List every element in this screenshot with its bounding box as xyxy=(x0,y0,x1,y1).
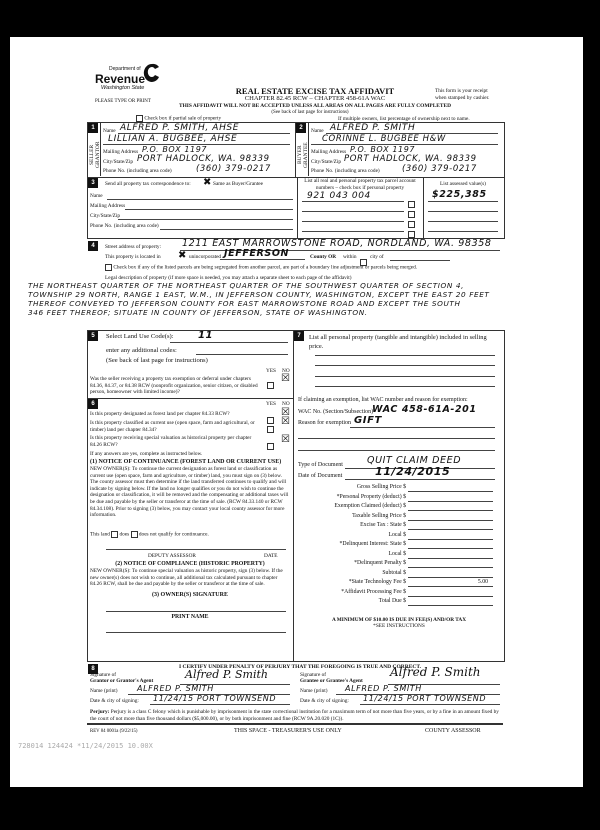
buyer-mailing-field[interactable]: P.O. BOX 1197 xyxy=(350,145,415,154)
exemption-no-checkbox-checked[interactable]: ☒ xyxy=(281,374,290,384)
yes-header: YES xyxy=(266,368,276,375)
exemption-question: Was the seller receiving a property tax … xyxy=(90,376,260,396)
historic-yes-checkbox[interactable] xyxy=(267,443,274,450)
field-underline xyxy=(350,427,495,428)
print-name-label: PRINT NAME xyxy=(90,614,290,620)
dor-logo-icon xyxy=(143,63,161,83)
exemption-claimed-field[interactable] xyxy=(408,510,493,511)
completion-warning: THIS AFFIDAVIT WILL NOT BE ACCEPTED UNLE… xyxy=(110,103,520,109)
assessed-value-1[interactable]: $225,385 xyxy=(432,189,487,200)
exemption-claim-label: If claiming an exemption, list WAC numbe… xyxy=(298,397,468,403)
additional-codes-label: enter any additional codes: xyxy=(106,347,177,354)
legal-description-line-2[interactable]: TOWNSHIP 29 NORTH, RANGE 1 EAST, W.M., I… xyxy=(28,290,489,299)
does-not-label: does not xyxy=(139,532,157,538)
buyer-side-label: BUYER GRANTEE xyxy=(297,135,307,175)
reason-label: Reason for exemption xyxy=(298,420,351,426)
historic-no-checkbox-checked[interactable]: ☒ xyxy=(281,435,290,445)
subtotal-label: Subtotal $ xyxy=(300,570,406,576)
correspondence-label: Send all property tax correspondence to: xyxy=(105,181,191,188)
seller-phone-field[interactable]: (360) 379-0217 xyxy=(196,164,271,174)
seller-mailing-field[interactable]: P.O. BOX 1197 xyxy=(142,145,207,154)
field-underline xyxy=(360,704,500,705)
corr-phone-field[interactable] xyxy=(160,229,293,230)
forest-land-question: Is this property designated as forest la… xyxy=(90,411,260,418)
excise-tax-local-label: Local $ xyxy=(300,532,406,538)
legal-description-line-1[interactable]: THE NORTHEAST QUARTER OF THE NORTHEAST Q… xyxy=(28,281,464,290)
field-underline xyxy=(302,201,404,202)
see-instructions-note: *SEE INSTRUCTIONS xyxy=(295,623,503,629)
divider xyxy=(87,398,294,399)
personal-property-line-3[interactable] xyxy=(315,376,495,377)
personal-property-line-4[interactable] xyxy=(315,386,495,387)
land-use-see-back: (See back of last page for instructions) xyxy=(106,357,208,364)
buyer-name-2-field[interactable]: CORINNE L. BUGBEE H&W xyxy=(322,134,446,144)
if-yes-instruction: If any answers are yes, complete as inst… xyxy=(90,451,202,458)
reason-field[interactable]: GIFT xyxy=(354,415,382,426)
personal-property-line-2[interactable] xyxy=(315,365,495,366)
field-underline xyxy=(170,342,288,343)
personal-property-line-1[interactable] xyxy=(315,355,495,356)
divider xyxy=(308,123,309,176)
segregated-checkbox[interactable] xyxy=(105,264,112,271)
current-use-yes-checkbox[interactable] xyxy=(267,426,274,433)
section-1-badge: 1 xyxy=(88,123,98,133)
grantee-name-field[interactable]: ALFRED P. SMITH xyxy=(345,684,422,693)
seller-name-2-field[interactable]: LILLIAN A. BUGBEE, AHSE xyxy=(108,134,237,144)
partial-sale-label: Check box if partial sale of property xyxy=(144,116,221,122)
state-technology-fee-value: 5.00 xyxy=(408,579,488,585)
perjury-notice: Perjury: Perjury is a class C felony whi… xyxy=(90,709,502,722)
section-5-badge: 5 xyxy=(88,331,98,341)
delinquent-penalty-field[interactable] xyxy=(408,567,493,568)
seller-name-1-field[interactable]: ALFRED P. SMITH, AHSE xyxy=(120,123,239,133)
buyer-mailing-label: Mailing Address xyxy=(311,149,346,156)
city-of-label: city of xyxy=(370,254,384,261)
total-due-field[interactable] xyxy=(408,605,493,606)
parcel-number-3[interactable] xyxy=(302,221,404,222)
owner-signature-title: (3) OWNER(S) SIGNATURE xyxy=(90,592,290,598)
buyer-phone-label: Phone No. (including area code) xyxy=(311,168,380,175)
grantor-signature-field[interactable]: Alfred P. Smith xyxy=(185,668,268,681)
treasurer-use-label: THIS SPACE - TREASURER'S USE ONLY xyxy=(234,728,342,734)
corr-phone-label: Phone No. (including area code) xyxy=(90,223,159,230)
parcel-header: List all real and personal property tax … xyxy=(300,178,420,191)
field-underline xyxy=(220,259,305,260)
divider xyxy=(87,724,503,725)
delinquent-penalty-label: *Delinquent Penalty $ xyxy=(300,560,406,566)
land-use-code-field[interactable]: 11 xyxy=(198,330,213,341)
legal-description-line-3[interactable]: THEREOF CONVEYED TO JEFFERSON COUNTY FOR… xyxy=(28,299,461,308)
total-due-label: Total Due $ xyxy=(300,598,406,604)
assessed-value-3[interactable] xyxy=(428,221,498,222)
buyer-name-1-field[interactable]: ALFRED P. SMITH xyxy=(330,123,415,133)
taxable-selling-price-field[interactable] xyxy=(408,520,493,521)
divider xyxy=(293,330,294,661)
grantor-name-label: Name (print) xyxy=(90,688,118,695)
seller-city-field[interactable]: PORT HADLOCK, WA. 98339 xyxy=(137,154,270,164)
personal-property-label: List all personal property (tangible and… xyxy=(309,333,494,351)
street-label: Street address of property: xyxy=(105,244,161,251)
same-as-buyer-checkbox-checked[interactable]: ✖ xyxy=(203,178,211,188)
corr-name-label: Name xyxy=(90,193,103,200)
current-use-no-checkbox-checked[interactable]: ☒ xyxy=(281,417,290,427)
field-underline xyxy=(428,201,498,202)
corr-mailing-field[interactable] xyxy=(125,209,293,210)
assessed-value-4[interactable] xyxy=(428,231,498,232)
delinquent-interest-local-field[interactable] xyxy=(408,558,493,559)
assessed-header: List assessed value(s) xyxy=(424,181,502,188)
buyer-city-label: City/State/Zip xyxy=(311,159,341,166)
legal-description-line-4[interactable]: 346 FEET THEREOF; SITUATE IN COUNTY OF J… xyxy=(28,308,368,317)
section-6-badge: 6 xyxy=(88,399,98,409)
yes-header: YES xyxy=(266,401,276,408)
exemption-yes-checkbox[interactable] xyxy=(267,382,274,389)
deputy-assessor-signature-field[interactable] xyxy=(106,549,286,550)
perjury-text: Perjury is a class C felony which is pun… xyxy=(90,709,499,722)
located-in-label: This property is located in xyxy=(105,254,161,261)
form-subtitle: CHAPTER 82.45 RCW – CHAPTER 458-61A WAC xyxy=(170,95,460,102)
excise-tax-local-field[interactable] xyxy=(408,539,493,540)
exemption-claimed-label: Exemption Claimed (deduct) $ xyxy=(300,503,406,509)
print-name-field[interactable] xyxy=(106,632,286,633)
doc-date-label: Date of Document xyxy=(298,473,342,479)
continuance-row: This land does does not qualify for cont… xyxy=(90,531,209,538)
logo-text-revenue: Revenue xyxy=(95,72,145,86)
deputy-assessor-label: DEPUTY ASSESSOR xyxy=(148,553,196,560)
parcel-number-1[interactable]: 921 043 004 xyxy=(307,191,371,201)
parcel-number-2[interactable] xyxy=(302,211,404,212)
grantee-date-label: Date & city of signing: xyxy=(300,698,349,705)
does-label: does xyxy=(120,532,130,538)
wac-number-field[interactable]: WAC 458-61A-201 xyxy=(372,404,477,415)
affidavit-processing-fee-field[interactable] xyxy=(408,596,493,597)
same-as-buyer-label: Same as Buyer/Grantee xyxy=(213,181,263,188)
perjury-title: Perjury: xyxy=(90,709,109,715)
does-checkbox[interactable] xyxy=(111,531,118,538)
excise-tax-state-label: Excise Tax : State $ xyxy=(300,522,406,528)
assessor-date-label: DATE xyxy=(264,553,278,560)
grantor-name-field[interactable]: ALFRED P. SMITH xyxy=(137,684,214,693)
divider xyxy=(297,177,298,238)
within-label: within xyxy=(343,254,357,261)
notice-compliance-title: (2) NOTICE OF COMPLIANCE (HISTORIC PROPE… xyxy=(90,561,290,567)
grantee-signature-field[interactable]: Alfred P. Smith xyxy=(390,665,481,679)
section-7-badge: 7 xyxy=(294,331,304,341)
corr-city-label: City/State/Zip xyxy=(90,213,120,220)
grantor-date-field[interactable]: 11/24/15 PORT TOWNSEND xyxy=(153,694,276,703)
seller-side-label: SELLER GRANTOR xyxy=(89,135,99,175)
segregated-label: Check box if any of the listed parcels a… xyxy=(113,265,417,271)
does-not-checkbox[interactable] xyxy=(131,531,138,538)
seller-mailing-label: Mailing Address xyxy=(103,149,138,156)
delinquent-interest-state-field[interactable] xyxy=(408,548,493,549)
grantee-date-field[interactable]: 11/24/15 PORT TOWNSEND xyxy=(363,694,486,703)
affidavit-processing-fee-label: *Affidavit Processing Fee $ xyxy=(300,589,406,595)
seller-phone-label: Phone No. (including area code) xyxy=(103,168,172,175)
notice-continuance-text: NEW OWNER(S): To continue the current de… xyxy=(90,466,290,519)
field-underline xyxy=(345,479,495,480)
unincorporated-label: unincorporated xyxy=(189,254,221,261)
county-or-label: County OR xyxy=(310,254,336,261)
taxable-selling-price-label: Taxable Selling Price $ xyxy=(300,513,406,519)
notice-continuance-title: (1) NOTICE OF CONTINUANCE (FOREST LAND O… xyxy=(90,459,281,465)
land-use-label: Select Land Use Code(s): xyxy=(106,333,174,340)
excise-tax-state-field[interactable] xyxy=(408,529,493,530)
cashier-stamp: 728014 124424 *11/24/2015 10.00X xyxy=(18,742,153,750)
dor-logo: Department of Revenue Washington State xyxy=(95,63,165,97)
personal-property-deduct-field[interactable] xyxy=(408,501,493,502)
notice-compliance-text: NEW OWNER(S): To continue special valuat… xyxy=(90,568,290,588)
section-4-badge: 4 xyxy=(88,241,98,251)
parcel-number-4[interactable] xyxy=(302,231,404,232)
gross-selling-price-label: Gross Selling Price $ xyxy=(300,484,406,490)
state-technology-fee-field[interactable] xyxy=(408,586,493,587)
grantor-date-label: Date & city of signing: xyxy=(90,698,139,705)
current-use-question: Is this property classified as current u… xyxy=(90,420,260,433)
qualify-label: qualify for continuance. xyxy=(158,532,209,538)
owner-signature-field[interactable] xyxy=(106,611,286,612)
this-land-label: This land xyxy=(90,532,110,538)
delinquent-interest-state-label: *Delinquent Interest: State $ xyxy=(300,541,406,547)
grantee-name-label: Name (print) xyxy=(300,688,328,695)
city-of-field[interactable] xyxy=(390,260,450,261)
reason-line-3[interactable] xyxy=(298,450,495,451)
section-2-badge: 2 xyxy=(296,123,306,133)
assessed-value-2[interactable] xyxy=(428,211,498,212)
logo-text-state: Washington State xyxy=(101,85,144,91)
delinquent-interest-local-label: Local $ xyxy=(300,551,406,557)
partial-sale-checkbox[interactable] xyxy=(136,115,143,122)
county-field[interactable]: JEFFERSON xyxy=(224,248,289,259)
divider xyxy=(100,123,101,176)
receipt-note-2: when stamped by cashier. xyxy=(435,95,489,102)
seller-city-label: City/State/Zip xyxy=(103,159,133,166)
affidavit-page: Department of Revenue Washington State P… xyxy=(10,37,583,787)
personal-property-checkbox-4[interactable] xyxy=(408,231,415,238)
unincorporated-checkbox-checked[interactable]: ✖ xyxy=(178,251,186,261)
segregated-checkbox-row[interactable]: Check box if any of the listed parcels a… xyxy=(105,264,417,271)
buyer-phone-field[interactable]: (360) 379-0217 xyxy=(402,164,477,174)
doc-type-label: Type of Document xyxy=(298,462,343,468)
corr-city-field[interactable] xyxy=(118,219,293,220)
doc-date-field[interactable]: 11/24/2015 xyxy=(375,465,450,478)
form-revision: REV 84 0001a (9/22/15) xyxy=(90,729,137,734)
state-technology-fee-label: *State Technology Fee $ xyxy=(300,579,406,585)
gross-selling-price-field[interactable] xyxy=(408,491,493,492)
section-3-badge: 3 xyxy=(88,178,98,188)
additional-codes-field[interactable] xyxy=(196,354,288,355)
reason-line-2[interactable] xyxy=(298,438,495,439)
county-assessor-label: COUNTY ASSESSOR xyxy=(425,728,481,734)
corr-name-field[interactable] xyxy=(107,199,293,200)
subtotal-field[interactable] xyxy=(408,577,493,578)
buyer-city-field[interactable]: PORT HADLOCK, WA. 98339 xyxy=(344,154,477,164)
corr-mailing-label: Mailing Address xyxy=(90,203,125,210)
field-underline xyxy=(150,704,290,705)
personal-property-deduct-label: *Personal Property (deduct) $ xyxy=(300,494,406,500)
historic-question: Is this property receiving special valua… xyxy=(90,435,260,448)
